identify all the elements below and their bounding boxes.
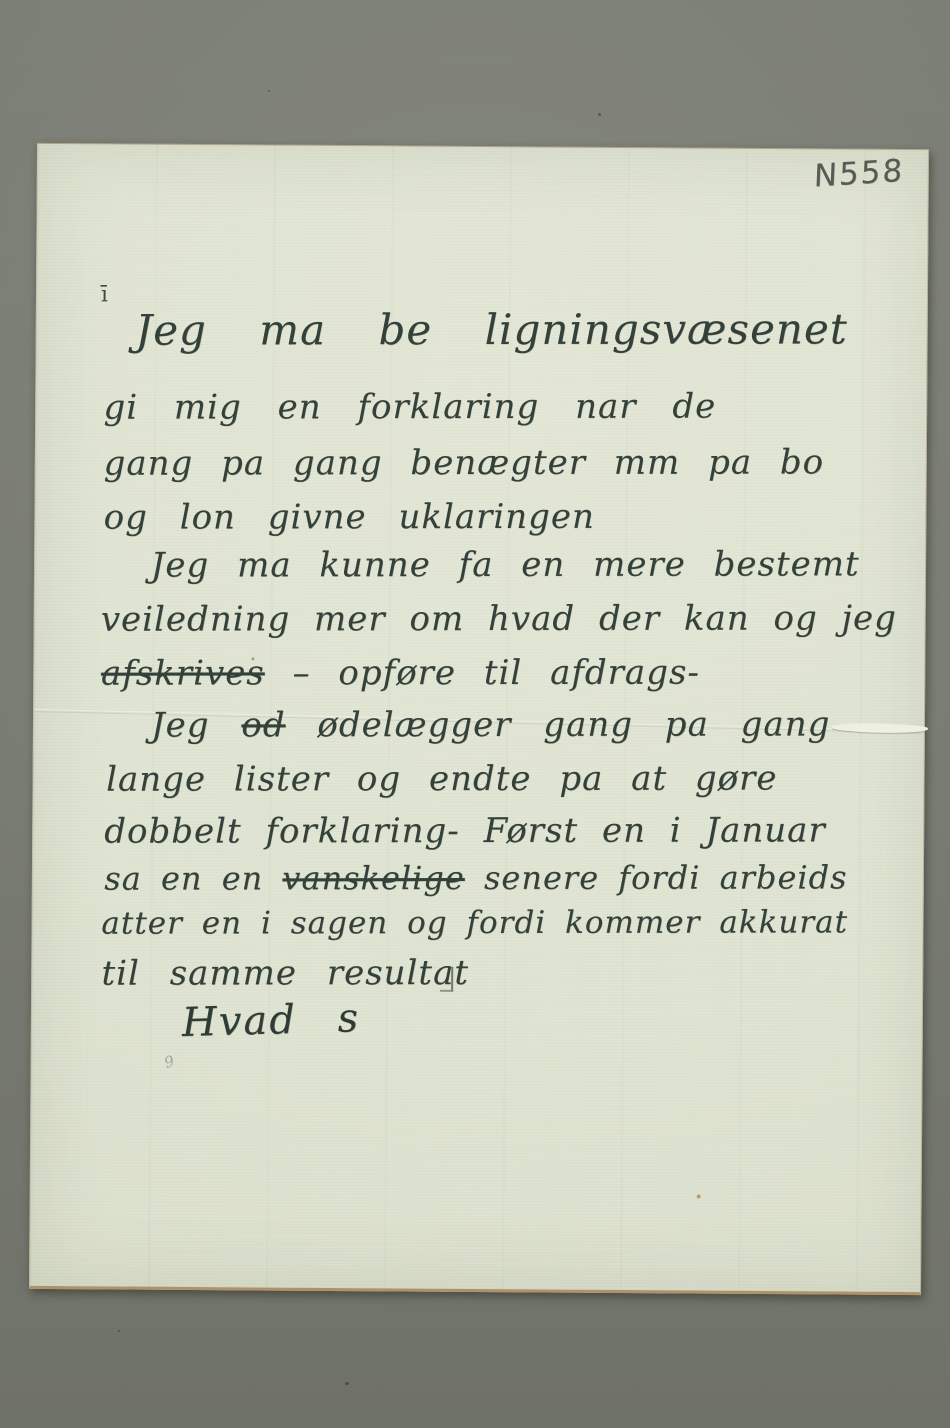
handwritten-line: Jeg ma be ligningsvæsenet <box>135 304 847 354</box>
handwritten-line: lange lister og endte pa at gøre <box>106 758 777 799</box>
handwritten-line: gi mig en forklaring nar de <box>103 387 716 428</box>
dust-speck <box>598 113 601 116</box>
photo-background: N558 ī Jeg ma be ligningsvæsenetgi mig e… <box>0 0 950 1428</box>
struck-word: afskrives <box>101 653 265 693</box>
handwriting-segment: – opføre til afdrags- <box>265 653 700 694</box>
struck-word: od <box>241 705 285 745</box>
paper-speck <box>697 1195 701 1199</box>
handwritten-line: gang pa gang benægter mm pa bo <box>104 442 825 483</box>
handwritten-line: Jeg od ødelægger gang pa gang <box>151 704 830 745</box>
handwriting-segment: ødelægger gang pa gang <box>286 704 831 745</box>
handwriting-segment: Jeg <box>151 705 241 745</box>
handwriting-segment: dobbelt forklaring- Først en i Januar <box>104 810 826 851</box>
pencil-tick-mark <box>440 967 453 992</box>
handwritten-line: sa en en vanskelige senere fordi arbeids <box>104 858 847 897</box>
struck-word: vanskelige <box>282 859 464 897</box>
paper-speck <box>251 657 254 660</box>
handwritten-line: og lon givne uklaringen <box>104 497 595 538</box>
dust-speck <box>345 1382 349 1385</box>
handwriting-segment: til samme resultat <box>101 953 469 994</box>
handwritten-line: atter en i sagen og fordi kommer akkurat <box>101 904 848 941</box>
handwriting-segment: veiledning mer om hvad der kan og jeg <box>101 598 897 639</box>
handwritten-line: veiledning mer om hvad der kan og jeg <box>101 598 897 639</box>
handwriting-segment: gang pa gang benægter mm pa bo <box>104 442 825 483</box>
handwriting-segment: Jeg ma be ligningsvæsenet <box>135 304 847 354</box>
handwriting-segment: Jeg ma kunne fa en mere bestemt <box>151 544 860 585</box>
letter-page: N558 ī Jeg ma be ligningsvæsenetgi mig e… <box>29 143 929 1295</box>
handwritten-line: dobbelt forklaring- Først en i Januar <box>104 810 826 851</box>
handwriting-segment: atter en i sagen og fordi kommer akkurat <box>101 904 848 941</box>
handwritten-line: Jeg ma kunne fa en mere bestemt <box>151 544 860 585</box>
dust-speck <box>118 1330 120 1332</box>
signature: Hvad s <box>181 995 360 1046</box>
handwriting-segment: og lon givne uklaringen <box>104 497 595 538</box>
handwritten-line: til samme resultat <box>101 953 469 994</box>
handwriting-segment: gi mig en forklaring nar de <box>103 387 716 428</box>
handwritten-line: afskrives – opføre til afdrags- <box>101 653 700 694</box>
handwriting-segment: sa en en <box>104 859 282 897</box>
handwriting-segment: senere fordi arbeids <box>465 858 848 897</box>
handwriting-segment: lange lister og endte pa at gøre <box>106 758 777 799</box>
handwritten-text: Jeg ma be ligningsvæsenetgi mig en forkl… <box>33 146 925 1290</box>
dust-speck <box>268 90 270 92</box>
